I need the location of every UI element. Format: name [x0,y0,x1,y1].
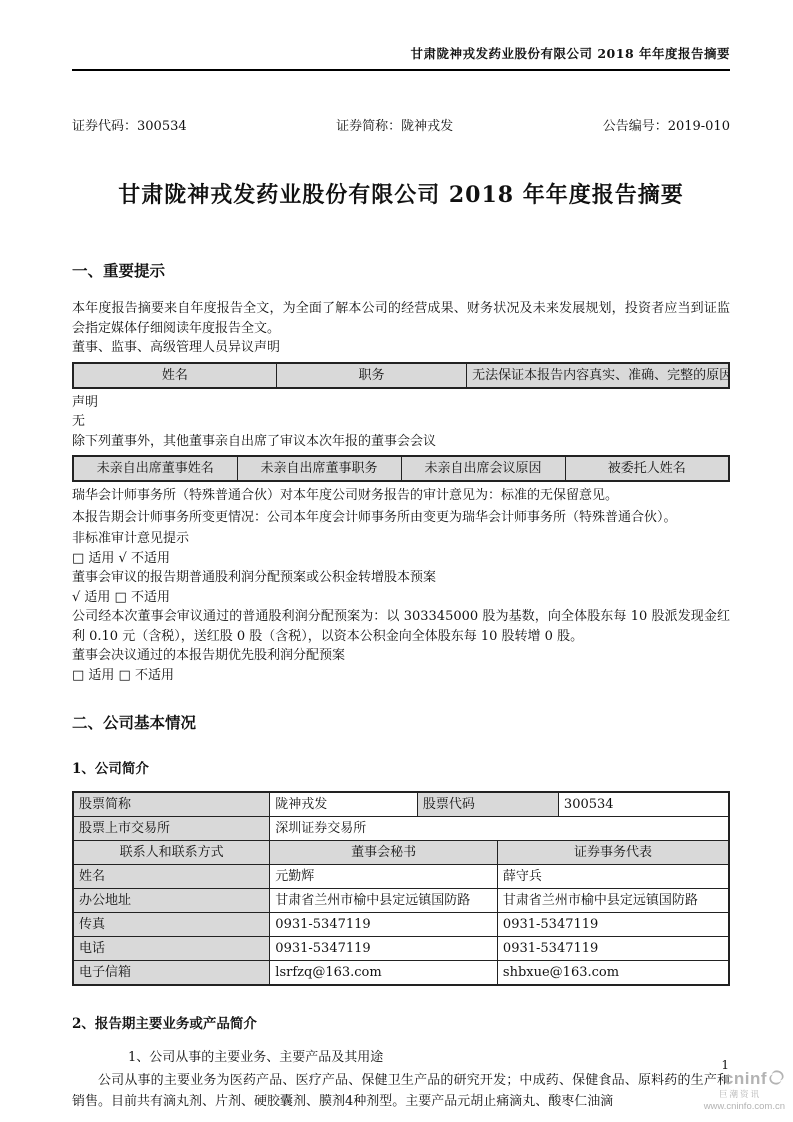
section-2-heading: 二、公司基本情况 [72,711,730,733]
stock-code-value: 300534 [558,792,729,817]
absent-col-delegate: 被委托人姓名 [565,456,729,481]
statement-value: 无 [72,412,730,432]
rep-phone: 0931-5347119 [497,937,729,961]
attendance-note: 除下列董事外，其他董事亲自出席了审议本次年报的董事会会议 [72,432,730,452]
cninfo-swirl-icon [768,1069,785,1091]
dividend-plan-label: 董事会审议的报告期普通股利润分配预案或公积金转增股本预案 [72,568,730,588]
table-row: 股票简称 陇神戎发 股票代码 300534 [73,792,729,817]
table-row: 电子信箱 lsrfzq@163.com shbxue@163.com [73,961,729,986]
table-row: 办公地址 甘肃省兰州市榆中县定远镇国防路 甘肃省兰州市榆中县定远镇国防路 [73,889,729,913]
rep-email: shbxue@163.com [497,961,729,986]
securities-rep-header: 证券事务代表 [497,841,729,865]
absent-col-position: 未亲自出席董事职务 [237,456,401,481]
table-row: 电话 0931-5347119 0931-5347119 [73,937,729,961]
board-secretary-header: 董事会秘书 [270,841,498,865]
preferred-checkboxes: □ 适用 □ 不适用 [72,666,730,686]
business-summary-heading: 2、报告期主要业务或产品简介 [72,1012,730,1032]
exchange-value: 深圳证券交易所 [270,817,729,841]
absent-col-name: 未亲自出席董事姓名 [73,456,237,481]
secretary-name: 元勤辉 [270,865,498,889]
stock-code: 证券代码：300534 [72,115,187,134]
fax-label: 传真 [73,913,270,937]
dividend-checkboxes: √ 适用 □ 不适用 [72,588,730,608]
stock-short-name-value: 陇神戎发 [270,792,418,817]
rep-name: 薛守兵 [497,865,729,889]
dissent-col-reason: 无法保证本报告内容真实、准确、完整的原因 [467,363,729,388]
business-item-1: 1、公司从事的主要业务、主要产品及其用途 [72,1048,730,1068]
company-profile-heading: 1、公司简介 [72,757,730,777]
absent-col-reason: 未亲自出席会议原因 [401,456,565,481]
cninfo-logo-text: cninf [724,1070,767,1089]
cninfo-logo: cninf 巨潮资讯 www.cninfo.com.cn [704,1069,785,1112]
table-row: 姓名 职务 无法保证本报告内容真实、准确、完整的原因 [73,363,729,388]
contact-header: 联系人和联系方式 [73,841,270,865]
stock-short-name: 证券简称：陇神戎发 [336,115,453,134]
stock-short-name-label: 股票简称 [73,792,270,817]
auditor-change: 本报告期会计师事务所变更情况：公司本年度会计师事务所由变更为瑞华会计师事务所（特… [72,508,730,528]
dissent-col-position: 职务 [276,363,466,388]
secretary-email: lsrfzq@163.com [270,961,498,986]
dissent-statement-label: 董事、监事、高级管理人员异议声明 [72,338,730,358]
nonstandard-checkboxes: □ 适用 √ 不适用 [72,549,730,569]
dissent-table: 姓名 职务 无法保证本报告内容真实、准确、完整的原因 [72,362,730,389]
secretary-address: 甘肃省兰州市榆中县定远镇国防路 [270,889,498,913]
rep-address: 甘肃省兰州市榆中县定远镇国防路 [497,889,729,913]
summary-notice-paragraph: 本年度报告摘要来自年度报告全文，为全面了解本公司的经营成果、财务状况及未来发展规… [72,299,730,338]
stock-code-label: 股票代码 [417,792,558,817]
email-label: 电子信箱 [73,961,270,986]
business-paragraph: 公司从事的主要业务为医药产品、医疗产品、保健卫生产品的研究开发；中成药、保健食品… [72,1070,730,1112]
preferred-dividend-label: 董事会决议通过的本报告期优先股利润分配预案 [72,646,730,666]
exchange-label: 股票上市交易所 [73,817,270,841]
section-1-heading: 一、重要提示 [72,259,730,281]
name-label: 姓名 [73,865,270,889]
phone-label: 电话 [73,937,270,961]
table-row: 联系人和联系方式 董事会秘书 证券事务代表 [73,841,729,865]
audit-opinion: 瑞华会计师事务所（特殊普通合伙）对本年度公司财务报告的审计意见为：标准的无保留意… [72,486,730,506]
table-row: 未亲自出席董事姓名 未亲自出席董事职务 未亲自出席会议原因 被委托人姓名 [73,456,729,481]
company-info-table: 股票简称 陇神戎发 股票代码 300534 股票上市交易所 深圳证券交易所 联系… [72,791,730,986]
running-header: 甘肃陇神戎发药业股份有限公司 2018 年年度报告摘要 [72,44,730,71]
nonstandard-audit-hint: 非标准审计意见提示 [72,529,730,549]
announcement-number: 公告编号：2019-010 [603,115,730,134]
address-label: 办公地址 [73,889,270,913]
secretary-phone: 0931-5347119 [270,937,498,961]
cninfo-chinese-name: 巨潮资讯 [704,1090,761,1099]
secretary-fax: 0931-5347119 [270,913,498,937]
dividend-detail: 公司经本次董事会审议通过的普通股利润分配预案为：以 303345000 股为基数… [72,607,730,646]
cninfo-url: www.cninfo.com.cn [704,1102,785,1112]
table-row: 传真 0931-5347119 0931-5347119 [73,913,729,937]
rep-fax: 0931-5347119 [497,913,729,937]
report-page: 甘肃陇神戎发药业股份有限公司 2018 年年度报告摘要 证券代码：300534 … [0,0,793,1122]
statement-label: 声明 [72,393,730,413]
meta-row: 证券代码：300534 证券简称：陇神戎发 公告编号：2019-010 [72,115,730,134]
page-title: 甘肃陇神戎发药业股份有限公司 2018 年年度报告摘要 [72,178,730,209]
table-row: 姓名 元勤辉 薛守兵 [73,865,729,889]
absent-directors-table: 未亲自出席董事姓名 未亲自出席董事职务 未亲自出席会议原因 被委托人姓名 [72,455,730,482]
table-row: 股票上市交易所 深圳证券交易所 [73,817,729,841]
dissent-col-name: 姓名 [73,363,276,388]
